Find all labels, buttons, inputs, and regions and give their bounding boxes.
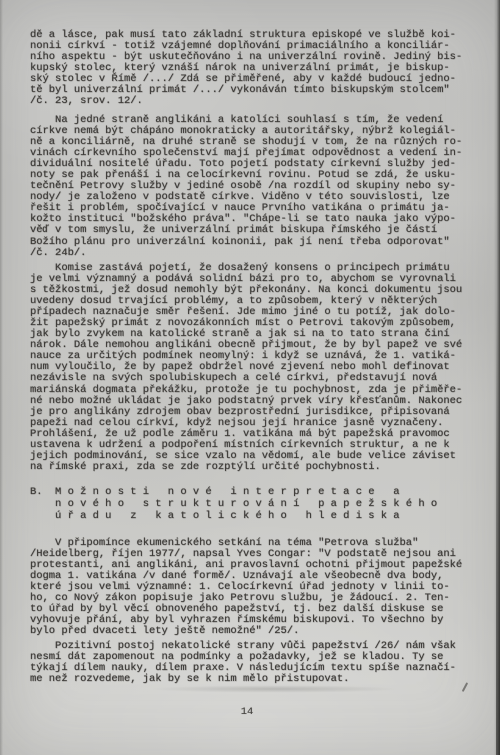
paragraph-3: Komise zastává pojetí, že dosažený konse… [30, 263, 462, 473]
paragraph-4: V připomínce ekumenického setkání na tém… [30, 538, 462, 637]
scanned-document-page: dě a lásce, pak musí tato základní struk… [0, 0, 500, 755]
scan-edge-left [0, 0, 3, 755]
page-number: 14 [0, 706, 494, 718]
scan-smudge [110, 682, 440, 696]
paragraph-5: Pozitivní postoj nekatolické strany vůči… [30, 641, 456, 685]
scan-edge-right-shadow [496, 300, 500, 755]
paragraph-1: dě a lásce, pak musí tato základní struk… [30, 30, 462, 107]
scan-artifact-mark [462, 682, 468, 692]
paragraph-2: Na jedné straně anglikáni a katolíci sou… [30, 115, 462, 259]
section-heading-b: B. M o ž n o s t i n o v é i n t e r p r… [30, 486, 437, 523]
